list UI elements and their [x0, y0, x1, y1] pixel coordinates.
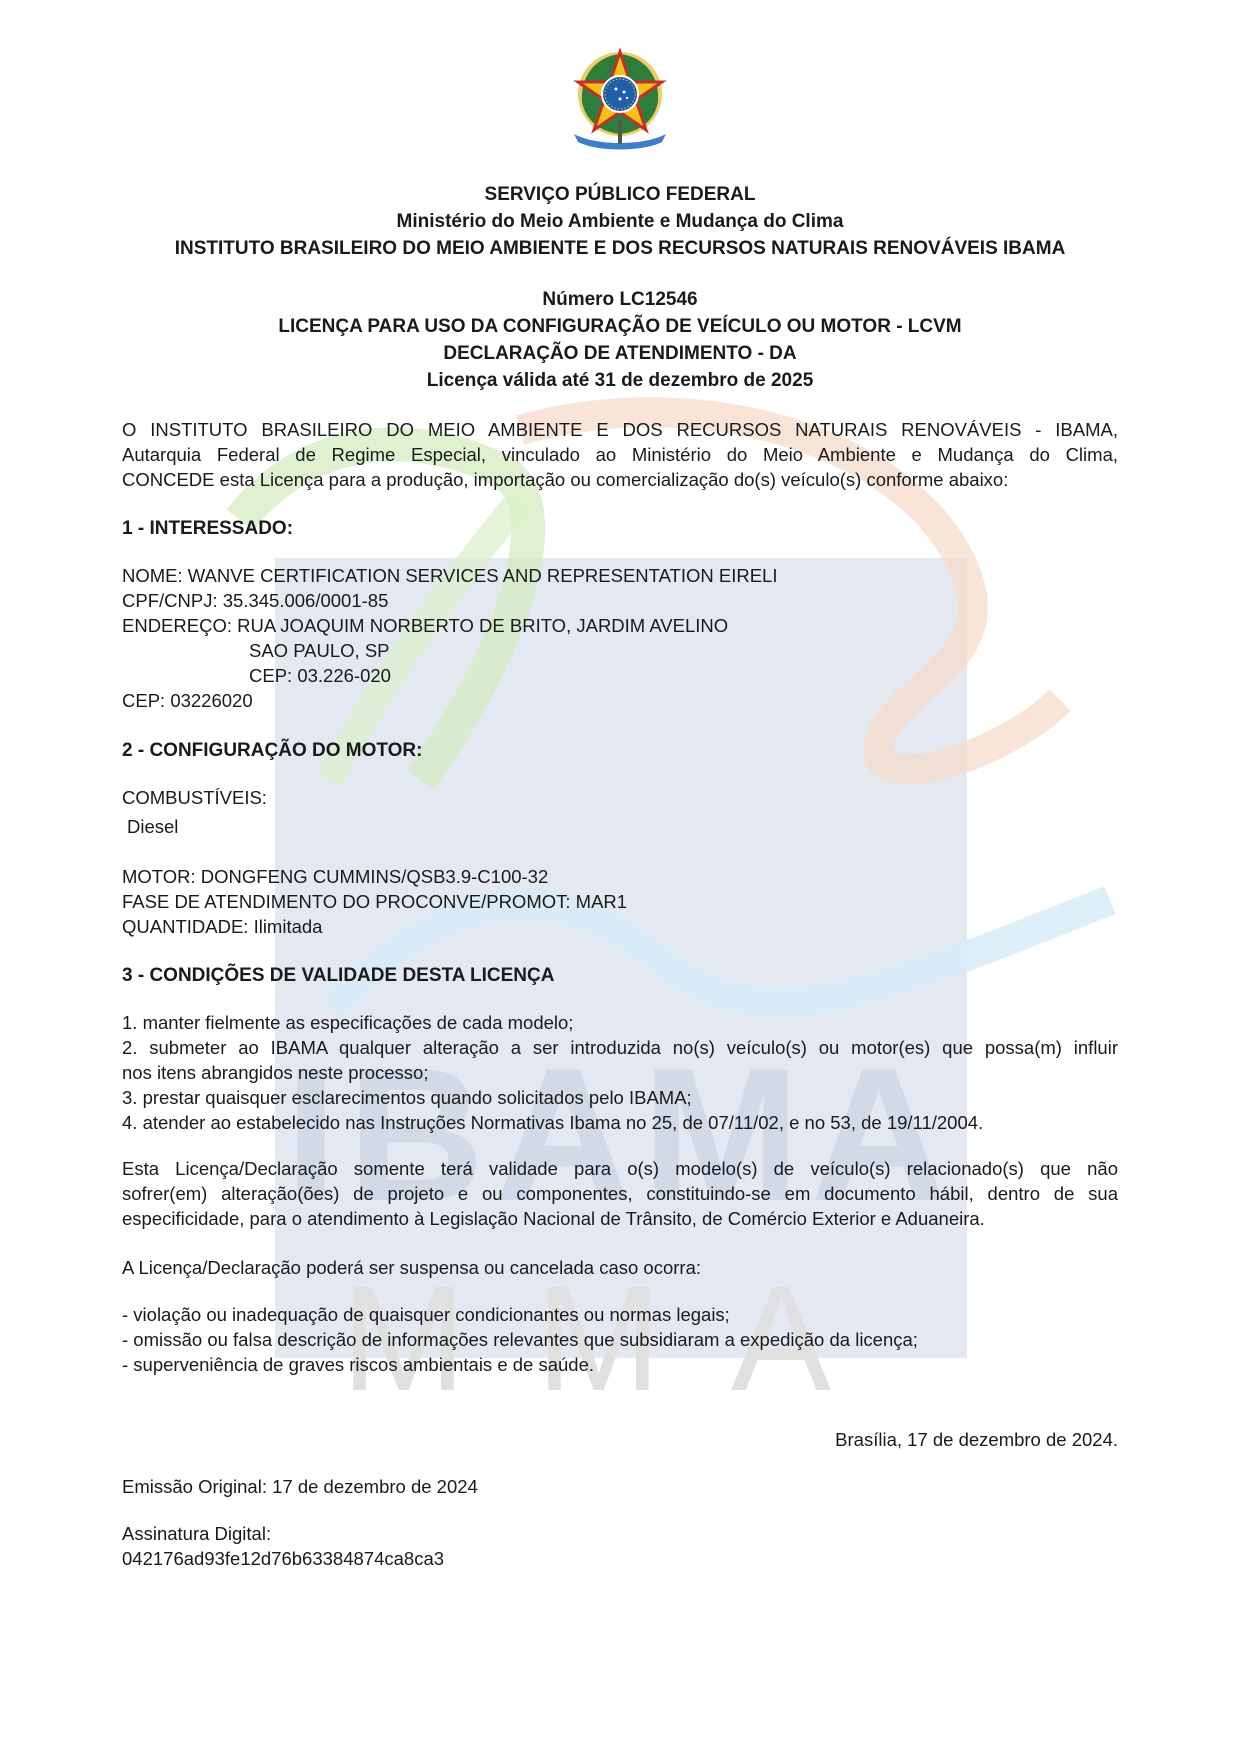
interessado-cidade: SAO PAULO, SP: [122, 638, 1118, 663]
suspension-item: - superveniência de graves riscos ambien…: [122, 1352, 1118, 1377]
suspension-clause: A Licença/Declaração poderá ser suspensa…: [122, 1255, 1118, 1377]
validity-paragraph: Esta Licença/Declaração somente terá val…: [122, 1156, 1118, 1231]
validity-line: especificidade, para o atendimento à Leg…: [122, 1206, 1118, 1231]
quantidade: QUANTIDADE: Ilimitada: [122, 914, 1118, 939]
suspension-item: - omissão ou falsa descrição de informaç…: [122, 1327, 1118, 1352]
condition-item: 1. manter fielmente as especificações de…: [122, 1010, 1118, 1035]
original-emission: Emissão Original: 17 de dezembro de 2024: [122, 1474, 1118, 1499]
interessado-nome: NOME: WANVE CERTIFICATION SERVICES AND R…: [122, 563, 1118, 588]
license-type: LICENÇA PARA USO DA CONFIGURAÇÃO DE VEÍC…: [0, 313, 1240, 340]
suspension-intro: A Licença/Declaração poderá ser suspensa…: [122, 1255, 1118, 1280]
license-document: SERVIÇO PÚBLICO FEDERAL Ministério do Me…: [0, 0, 1240, 1753]
header-federal-service: SERVIÇO PÚBLICO FEDERAL: [0, 181, 1240, 208]
suspension-item: - violação ou inadequação de quaisquer c…: [122, 1302, 1118, 1327]
license-validity: Licença válida até 31 de dezembro de 202…: [0, 367, 1240, 394]
signature-hash: 042176ad93fe12d76b63384874ca8ca3: [122, 1546, 1118, 1571]
place-date: Brasília, 17 de dezembro de 2024.: [122, 1427, 1118, 1452]
header-institute: INSTITUTO BRASILEIRO DO MEIO AMBIENTE E …: [0, 235, 1240, 262]
agency-header: SERVIÇO PÚBLICO FEDERAL Ministério do Me…: [0, 181, 1240, 262]
header-ministry: Ministério do Meio Ambiente e Mudança do…: [0, 208, 1240, 235]
motor-model: MOTOR: DONGFENG CUMMINS/QSB3.9-C100-32: [122, 864, 1118, 889]
intro-paragraph: O INSTITUTO BRASILEIRO DO MEIO AMBIENTE …: [122, 417, 1118, 492]
combustivel-value: Diesel: [122, 814, 1118, 839]
place-date-text: Brasília, 17 de dezembro de 2024.: [122, 1427, 1118, 1452]
combustiveis-label: COMBUSTÍVEIS:: [122, 785, 1118, 810]
license-number: Número LC12546: [0, 286, 1240, 313]
signature-label: Assinatura Digital:: [122, 1521, 1118, 1546]
section-heading: 3 - CONDIÇÕES DE VALIDADE DESTA LICENÇA: [122, 963, 1118, 988]
interessado-endereco: ENDEREÇO: RUA JOAQUIM NORBERTO DE BRITO,…: [122, 613, 1118, 638]
interessado-cep: CEP: 03226020: [122, 688, 1118, 713]
brazil-coat-of-arms-icon: [566, 42, 674, 154]
declaration-type: DECLARAÇÃO DE ATENDIMENTO - DA: [0, 340, 1240, 367]
section-heading: 1 - INTERESSADO:: [122, 516, 1118, 541]
section-interessado: 1 - INTERESSADO: NOME: WANVE CERTIFICATI…: [122, 516, 1118, 713]
section-configuracao-motor: 2 - CONFIGURAÇÃO DO MOTOR: COMBUSTÍVEIS:…: [122, 738, 1118, 939]
intro-line: CONCEDE esta Licença para a produção, im…: [122, 467, 1118, 492]
intro-line: Autarquia Federal de Regime Especial, vi…: [122, 442, 1118, 467]
section-heading: 2 - CONFIGURAÇÃO DO MOTOR:: [122, 738, 1118, 763]
condition-item-continuation: nos itens abrangidos neste processo;: [122, 1060, 1118, 1085]
license-title-block: Número LC12546 LICENÇA PARA USO DA CONFI…: [0, 286, 1240, 394]
validity-line: Esta Licença/Declaração somente terá val…: [122, 1156, 1118, 1181]
validity-line: sofrer(em) alteração(ões) de projeto e o…: [122, 1181, 1118, 1206]
condition-item: 3. prestar quaisquer esclarecimentos qua…: [122, 1085, 1118, 1110]
fase-atendimento: FASE DE ATENDIMENTO DO PROCONVE/PROMOT: …: [122, 889, 1118, 914]
condition-item: 4. atender ao estabelecido nas Instruçõe…: [122, 1110, 1118, 1135]
intro-line: O INSTITUTO BRASILEIRO DO MEIO AMBIENTE …: [122, 417, 1118, 442]
interessado-cpf-cnpj: CPF/CNPJ: 35.345.006/0001-85: [122, 588, 1118, 613]
digital-signature: Assinatura Digital: 042176ad93fe12d76b63…: [122, 1521, 1118, 1571]
emission-info: Emissão Original: 17 de dezembro de 2024: [122, 1474, 1118, 1499]
interessado-cep-formatado: CEP: 03.226-020: [122, 663, 1118, 688]
condition-item: 2. submeter ao IBAMA qualquer alteração …: [122, 1035, 1118, 1060]
section-condicoes: 3 - CONDIÇÕES DE VALIDADE DESTA LICENÇA …: [122, 963, 1118, 1135]
